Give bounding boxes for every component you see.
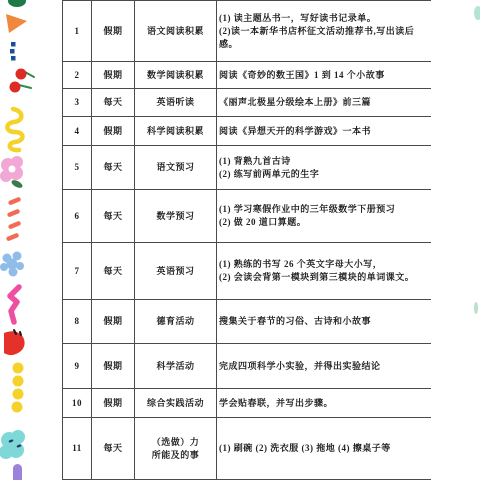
table-row: 4 假期 科学阅读积累 阅读《异想天开的科学游戏》一本书 bbox=[63, 117, 432, 146]
subject-cell: 语文阅读积累 bbox=[135, 1, 217, 62]
table-row: 1 假期 语文阅读积累 (1) 读主题丛书一，写好读书记录单。 (2)读一本新华… bbox=[63, 1, 432, 62]
description-cell: 搜集关于春节的习俗、古诗和小故事 bbox=[217, 300, 432, 344]
subject-cell: 数学预习 bbox=[135, 190, 217, 243]
table-row: 5 每天 语文预习 (1) 背熟九首古诗 (2) 练写前两单元的生字 bbox=[63, 146, 432, 190]
description-cell: 《丽声北极星分级绘本上册》前三篇 bbox=[217, 89, 432, 117]
frequency-cell: 假期 bbox=[92, 389, 135, 418]
row-number-cell: 2 bbox=[63, 62, 92, 89]
green-leaf-icon bbox=[8, 0, 26, 7]
frequency-cell: 假期 bbox=[92, 344, 135, 389]
red-apple-icon bbox=[4, 330, 25, 355]
red-cherries-icon bbox=[10, 69, 35, 93]
frequency-cell: 假期 bbox=[92, 300, 135, 344]
yellow-beads-icon bbox=[12, 363, 24, 413]
magenta-zigzag-icon bbox=[10, 287, 19, 322]
description-cell: (1) 读主题丛书一，写好读书记录单。 (2)读一本新华书店杯征文活动推荐书,写… bbox=[217, 1, 432, 62]
row-number-cell: 3 bbox=[63, 89, 92, 117]
row-number-cell: 6 bbox=[63, 190, 92, 243]
description-cell: (1) 熟练的书写 26 个英文字母大小写， (2) 会读会背第一模块到第三模块… bbox=[217, 243, 432, 300]
decoration-strip bbox=[0, 0, 62, 480]
teal-cloud-icon bbox=[0, 430, 25, 459]
subject-cell: （选做）力 所能及的事 bbox=[135, 418, 217, 480]
page-root: { "page": { "background": "#ffffff", "bo… bbox=[0, 0, 480, 480]
subject-cell: 科学阅读积累 bbox=[135, 117, 217, 146]
frequency-cell: 假期 bbox=[92, 62, 135, 89]
homework-table-container: 1 假期 语文阅读积累 (1) 读主题丛书一，写好读书记录单。 (2)读一本新华… bbox=[62, 0, 431, 480]
subject-cell: 综合实践活动 bbox=[135, 389, 217, 418]
subject-cell: 英语听读 bbox=[135, 89, 217, 117]
row-number-cell: 11 bbox=[63, 418, 92, 480]
pink-flower-icon bbox=[0, 156, 23, 182]
row-number-cell: 1 bbox=[63, 1, 92, 62]
table-row: 6 每天 数学预习 (1) 学习寒假作业中的三年级数学下册预习 (2) 做 20… bbox=[63, 190, 432, 243]
subject-cell: 语文预习 bbox=[135, 146, 217, 190]
frequency-cell: 每天 bbox=[92, 146, 135, 190]
frequency-cell: 每天 bbox=[92, 418, 135, 480]
table-row: 9 假期 科学活动 完成四项科学小实验，并得出实验结论 bbox=[63, 344, 432, 389]
subject-cell: 德育活动 bbox=[135, 300, 217, 344]
row-number-cell: 5 bbox=[63, 146, 92, 190]
coral-dashes-icon bbox=[6, 197, 22, 242]
green-bean-icon bbox=[10, 179, 23, 190]
row-number-cell: 8 bbox=[63, 300, 92, 344]
row-number-cell: 4 bbox=[63, 117, 92, 146]
homework-table: 1 假期 语文阅读积累 (1) 读主题丛书一，写好读书记录单。 (2)读一本新华… bbox=[62, 0, 431, 480]
frequency-cell: 每天 bbox=[92, 243, 135, 300]
subject-cell: 科学活动 bbox=[135, 344, 217, 389]
table-row: 11 每天 （选做）力 所能及的事 (1) 刷碗 (2) 洗衣服 (3) 拖地 … bbox=[63, 418, 432, 480]
subject-cell: 数学阅读积累 bbox=[135, 62, 217, 89]
orange-triangle-icon bbox=[6, 14, 27, 33]
purple-pill-icon bbox=[13, 464, 22, 480]
table-row: 3 每天 英语听读 《丽声北极星分级绘本上册》前三篇 bbox=[63, 89, 432, 117]
description-cell: (1) 刷碗 (2) 洗衣服 (3) 拖地 (4) 擦桌子等 bbox=[217, 418, 432, 480]
description-cell: (1) 学习寒假作业中的三年级数学下册预习 (2) 做 20 道口算题。 bbox=[217, 190, 432, 243]
table-row: 8 假期 德育活动 搜集关于春节的习俗、古诗和小故事 bbox=[63, 300, 432, 344]
table-row: 10 假期 综合实践活动 学会贴春联，并写出步骤。 bbox=[63, 389, 432, 418]
table-row: 2 假期 数学阅读积累 阅读《奇妙的数王国》1 到 14 个小故事 bbox=[63, 62, 432, 89]
row-number-cell: 10 bbox=[63, 389, 92, 418]
yellow-squiggle-icon bbox=[7, 109, 22, 150]
row-number-cell: 9 bbox=[63, 344, 92, 389]
right-margin-marks-icon bbox=[468, 0, 480, 480]
description-cell: 完成四项科学小实验，并得出实验结论 bbox=[217, 344, 432, 389]
frequency-cell: 假期 bbox=[92, 117, 135, 146]
description-cell: 阅读《奇妙的数王国》1 到 14 个小故事 bbox=[217, 62, 432, 89]
frequency-cell: 每天 bbox=[92, 89, 135, 117]
blue-splat-icon bbox=[0, 252, 24, 277]
subject-cell: 英语预习 bbox=[135, 243, 217, 300]
frequency-cell: 假期 bbox=[92, 1, 135, 62]
description-cell: 学会贴春联，并写出步骤。 bbox=[217, 389, 432, 418]
table-row: 7 每天 英语预习 (1) 熟练的书写 26 个英文字母大小写， (2) 会读会… bbox=[63, 243, 432, 300]
blue-square-dots-icon bbox=[10, 42, 16, 61]
frequency-cell: 每天 bbox=[92, 190, 135, 243]
row-number-cell: 7 bbox=[63, 243, 92, 300]
description-cell: (1) 背熟九首古诗 (2) 练写前两单元的生字 bbox=[217, 146, 432, 190]
description-cell: 阅读《异想天开的科学游戏》一本书 bbox=[217, 117, 432, 146]
